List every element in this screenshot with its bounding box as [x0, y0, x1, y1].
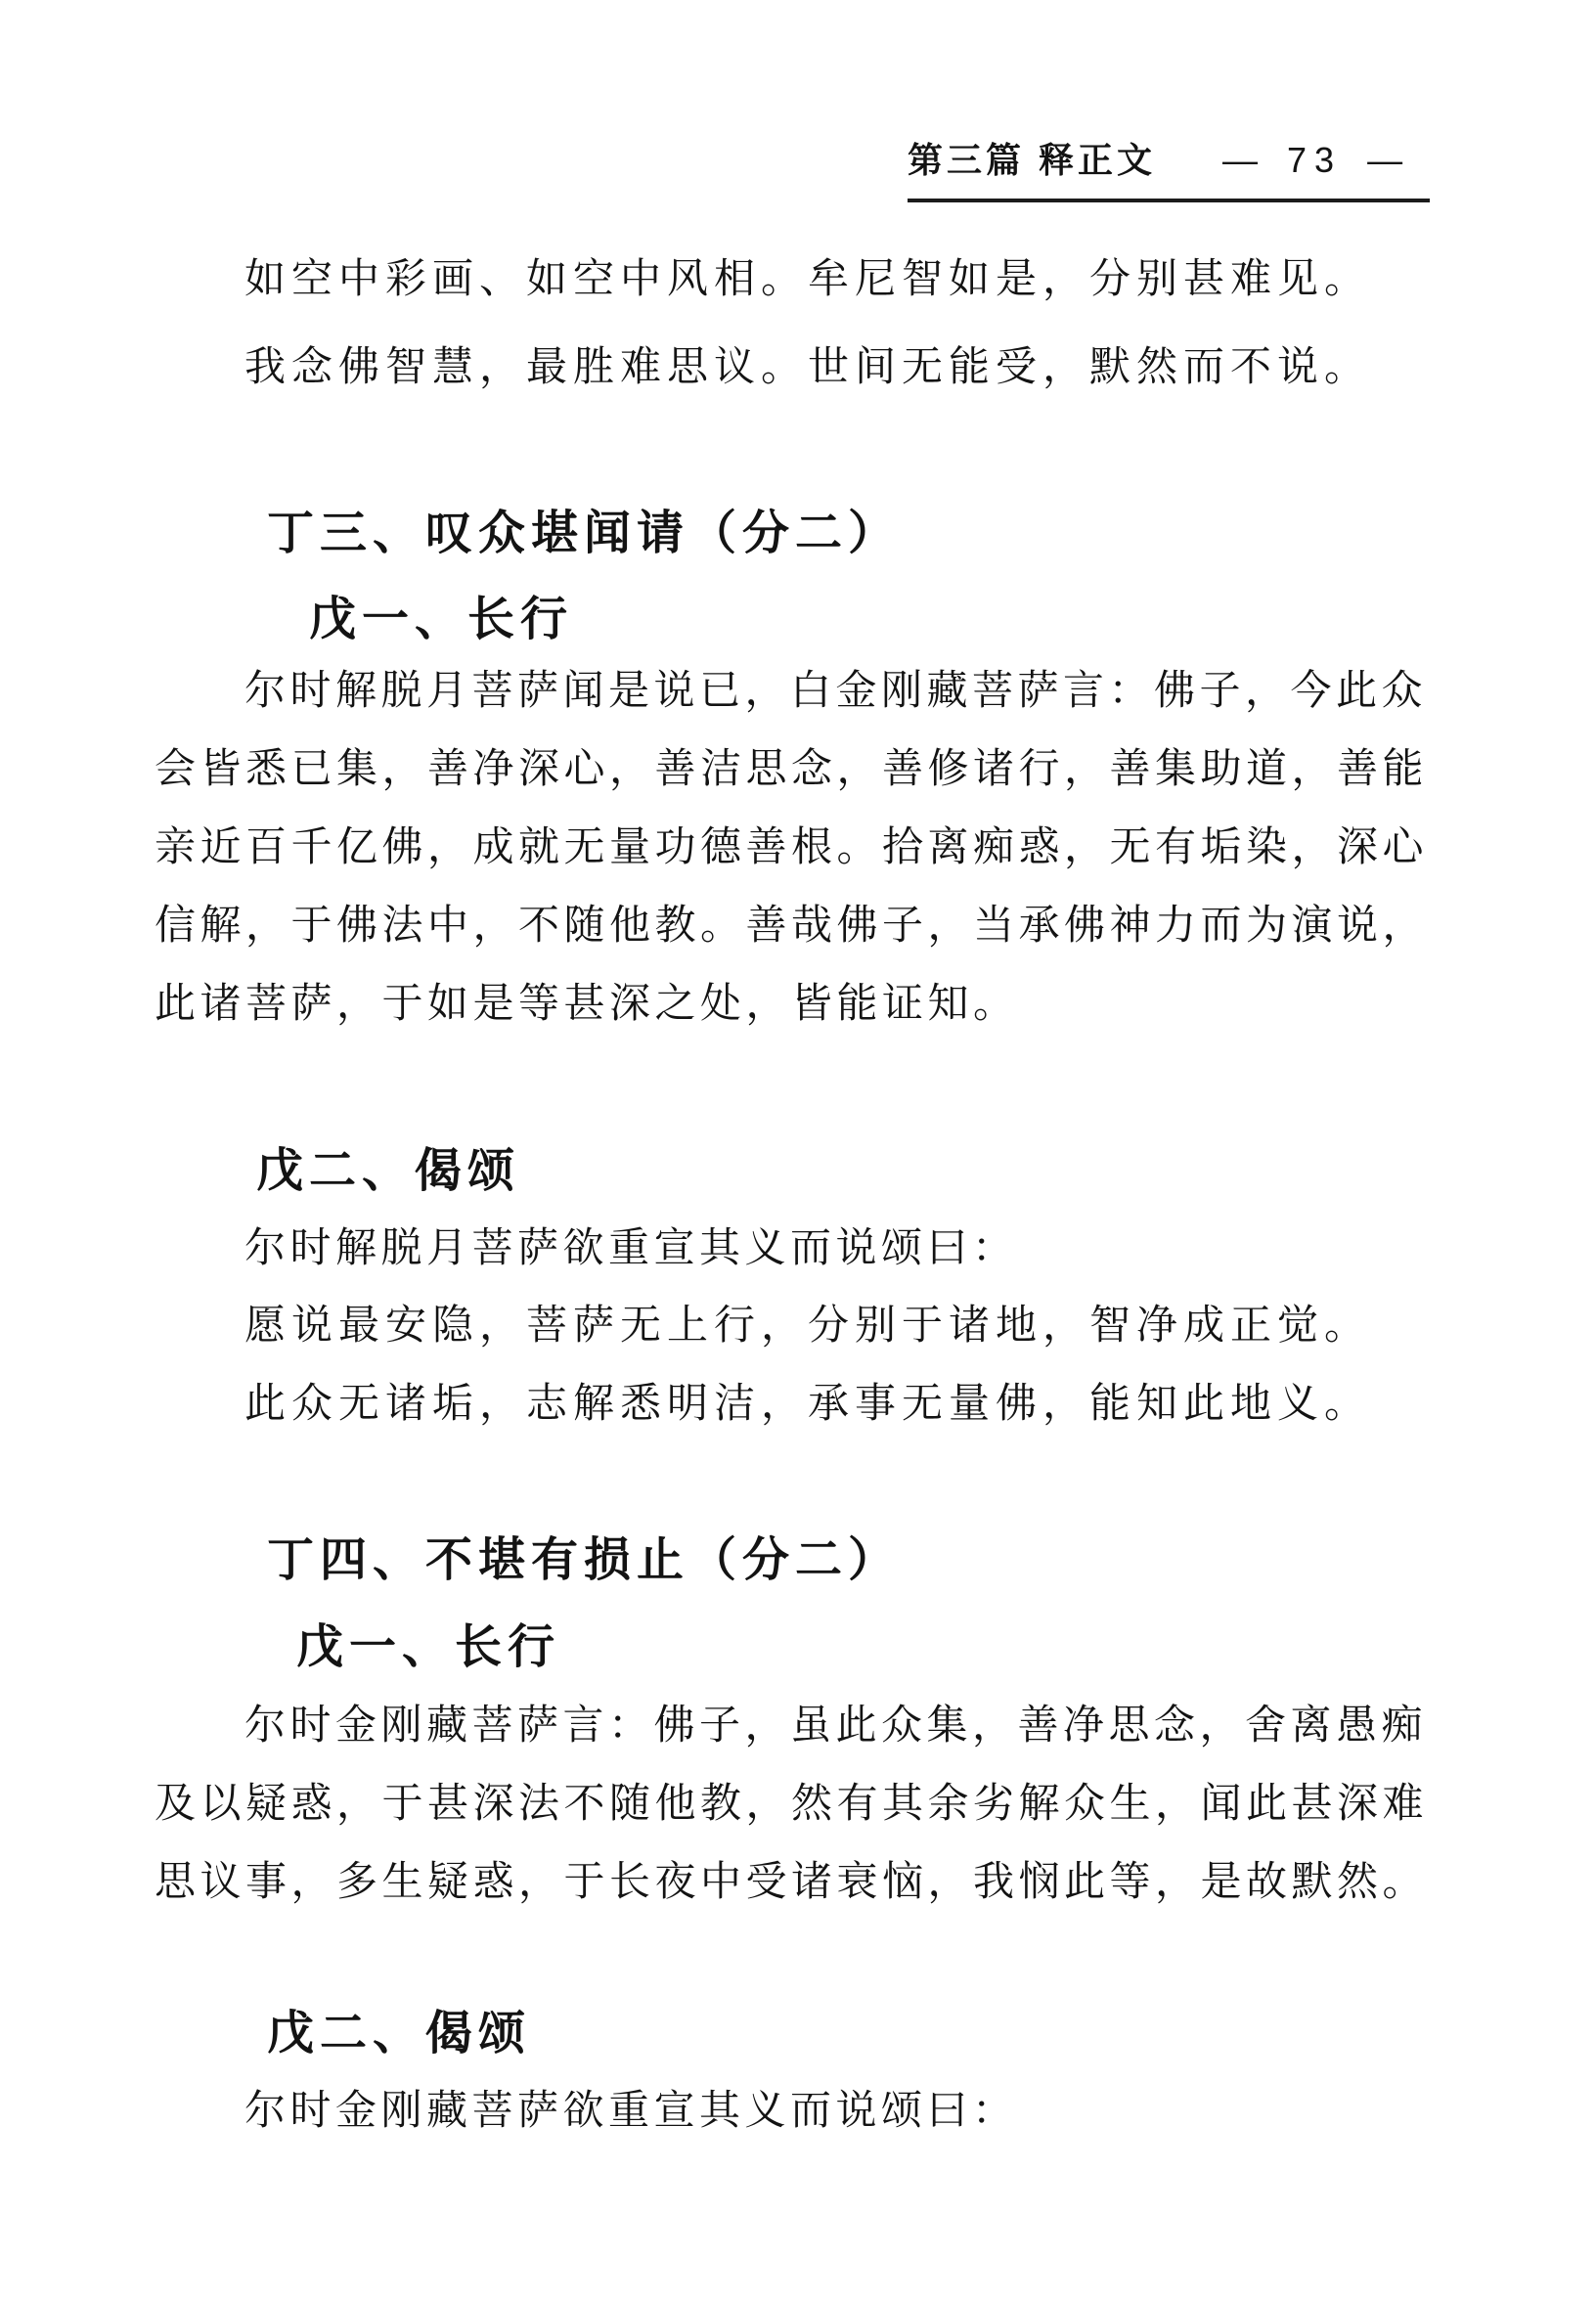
header-section-title: 第三篇 释正文: [908, 133, 1156, 183]
opening-verse-line: 如空中彩画、如空中风相。牟尼智如是，分别甚难见。: [244, 246, 1371, 305]
prose-line: 尔时解脱月菩萨闻是说已，白金刚藏菩萨言：佛子，今此众: [244, 658, 1427, 717]
gatha-verse-line: 此众无诸垢，志解悉明洁，承事无量佛，能知此地义。: [244, 1371, 1371, 1430]
gatha-verse-line: 愿说最安隐，菩萨无上行，分别于诸地，智净成正觉。: [244, 1293, 1371, 1351]
verse-intro-line: 尔时金刚藏菩萨欲重宣其义而说颂曰：: [244, 2078, 1018, 2137]
prose-line: 此诸菩萨，于如是等甚深之处，皆能证知。: [155, 971, 1019, 1030]
subheading-d4-jisong: 戊二、偈颂: [267, 1995, 531, 2062]
subheading-d3-jisong: 戊二、偈颂: [256, 1132, 520, 1200]
header-dash-left: —: [1222, 140, 1262, 181]
page-header: 第三篇 释正文 — 73 —: [908, 133, 1430, 202]
prose-line: 尔时金刚藏菩萨言：佛子，虽此众集，善净思念，舍离愚痴: [244, 1693, 1427, 1751]
subheading-d4-changxing: 戊一、长行: [296, 1609, 560, 1676]
prose-line: 亲近百千亿佛，成就无量功德善根。拾离痴惑，无有垢染，深心: [155, 815, 1428, 873]
prose-line: 及以疑惑，于甚深法不随他教，然有其余劣解众生，闻此甚深难: [155, 1771, 1428, 1830]
scanned-document-page: 第三篇 释正文 — 73 — 如空中彩画、如空中风相。牟尼智如是，分别甚难见。 …: [0, 0, 1596, 2303]
verse-intro-line: 尔时解脱月菩萨欲重宣其义而说颂曰：: [244, 1216, 1018, 1274]
subheading-d3-changxing: 戊一、长行: [309, 581, 573, 648]
section-heading-d3: 丁三、叹众堪闻请（分二）: [267, 495, 901, 562]
header-page-number: 73: [1287, 140, 1342, 181]
section-heading-d4: 丁四、不堪有损止（分二）: [267, 1522, 901, 1589]
prose-line: 会皆悉已集，善净深心，善洁思念，善修诸行，善集助道，善能: [155, 736, 1428, 795]
header-dash-right: —: [1367, 140, 1406, 181]
prose-line: 思议事，多生疑惑，于长夜中受诸衰恼，我悯此等，是故默然。: [155, 1849, 1428, 1908]
opening-verse-line: 我念佛智慧，最胜难思议。世间无能受，默然而不说。: [244, 334, 1371, 393]
prose-line: 信解，于佛法中，不随他教。善哉佛子，当承佛神力而为演说，: [155, 893, 1428, 952]
